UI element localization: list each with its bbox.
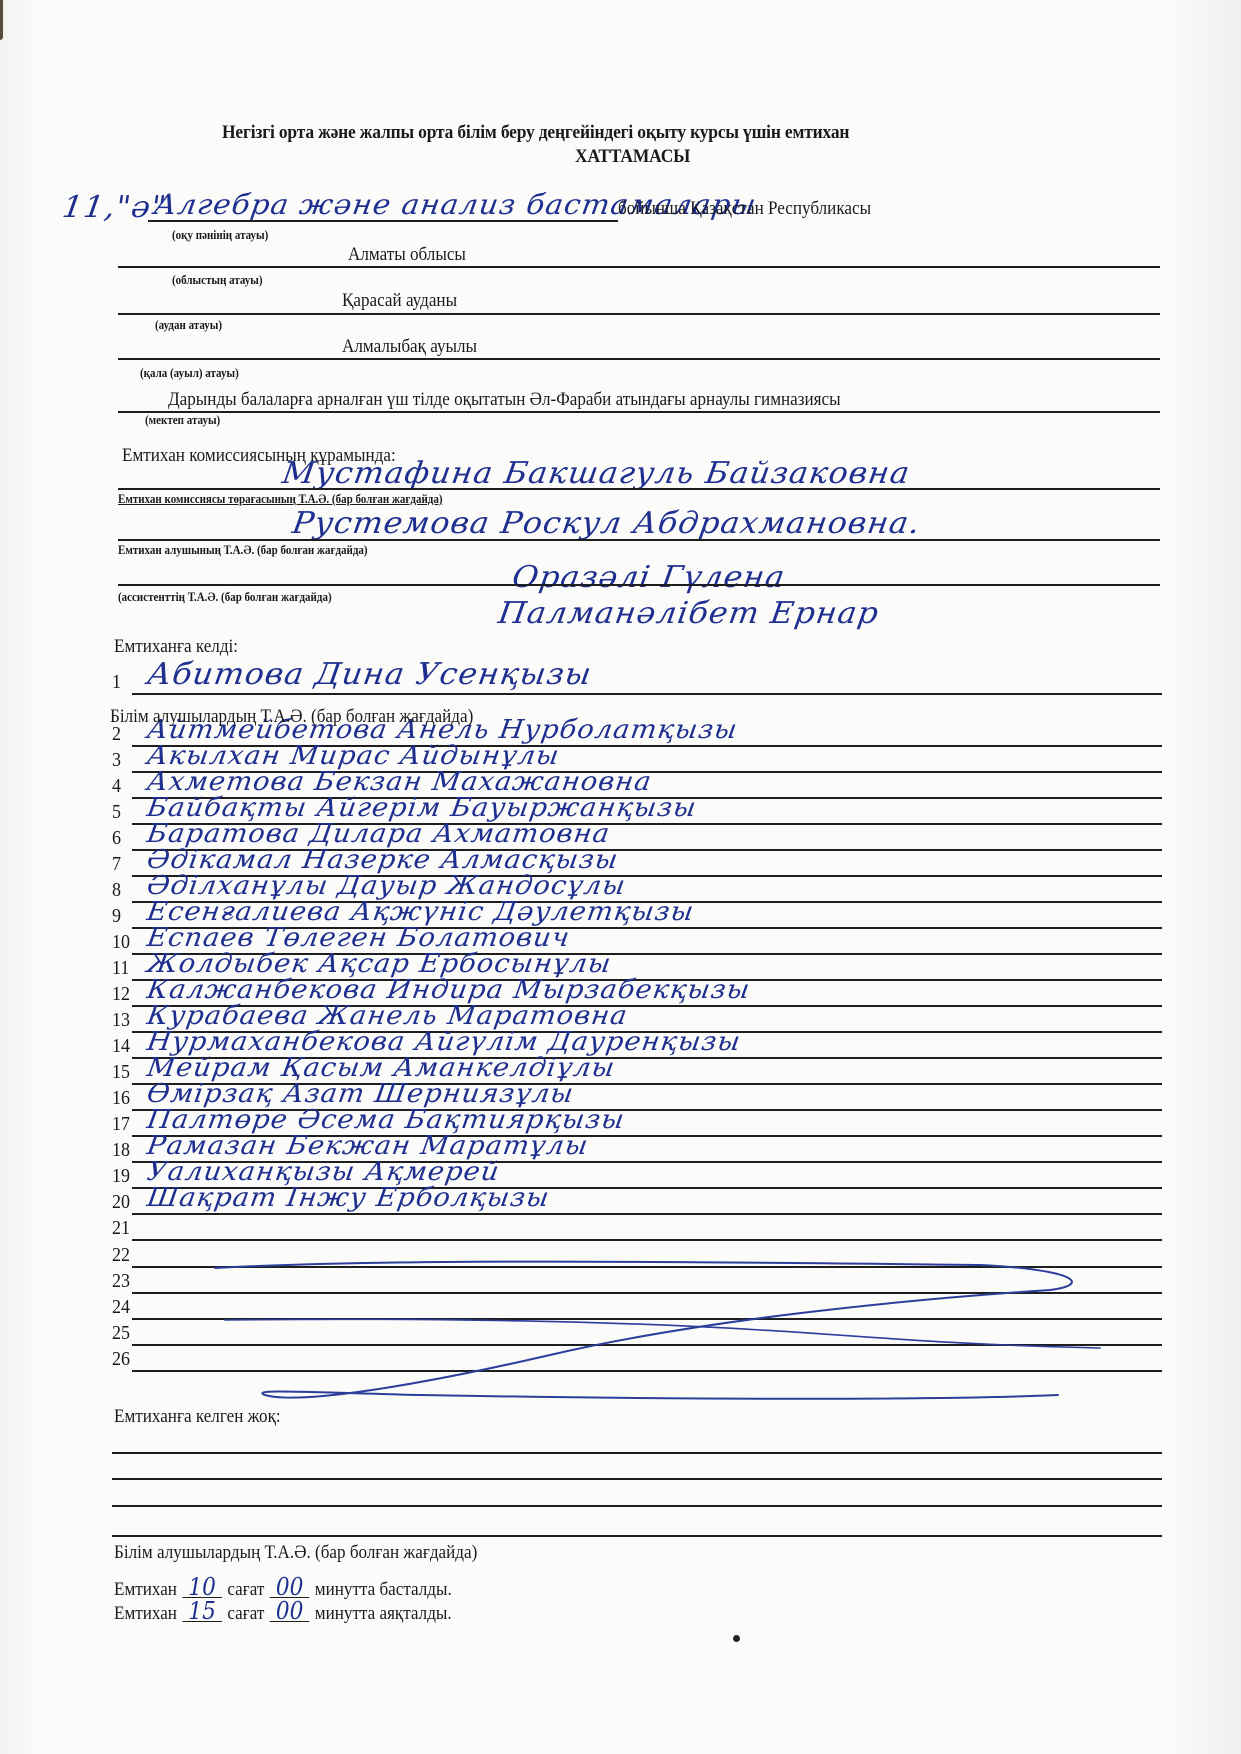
assistant-caption: (ассистенттің Т.А.Ә. (бар болған жағдайд… — [118, 590, 332, 605]
chair-line — [118, 488, 1160, 490]
region-line — [118, 266, 1160, 268]
absent-line-4[interactable] — [112, 1535, 1162, 1537]
school-caption: (мектеп атауы) — [145, 413, 220, 428]
student-number: 24 — [112, 1296, 130, 1319]
start-hour[interactable]: 10 — [182, 1577, 222, 1598]
examiner-caption: Емтихан алушының Т.А.Ә. (бар болған жағд… — [118, 543, 368, 558]
school-value[interactable]: Дарынды балаларға арналған үш тілде оқыт… — [168, 389, 841, 411]
attended-heading: Емтиханға келді: — [114, 636, 238, 658]
locality-line — [118, 358, 1160, 360]
district-value[interactable]: Қарасай ауданы — [342, 290, 457, 312]
district-caption: (аудан атауы) — [155, 318, 222, 333]
chair-caption: Емтихан комиссиясы төрағасының Т.А.Ә. (б… — [118, 492, 443, 507]
region-value[interactable]: Алматы облысы — [348, 244, 466, 266]
student-number: 11 — [112, 957, 129, 980]
end-suffix: минутта аяқталды. — [315, 1603, 452, 1624]
start-prefix: Емтихан — [114, 1579, 177, 1600]
student-row-line[interactable] — [132, 693, 1162, 695]
school-line — [118, 411, 1160, 413]
student-row-line[interactable] — [132, 1344, 1162, 1346]
student-number: 26 — [112, 1348, 130, 1371]
ink-dot — [733, 1635, 740, 1642]
students-caption: Білім алушылардың Т.А.Ә. (бар болған жағ… — [110, 706, 473, 728]
student-number: 4 — [112, 775, 121, 798]
student-row-line[interactable] — [132, 1213, 1162, 1215]
examiner-name[interactable]: Рустемова Роскул Абдрахмановна. — [290, 506, 923, 541]
document-title: Негізгі орта және жалпы орта білім беру … — [222, 122, 849, 144]
subject-suffix: бойынша Қазақстан Республикасы — [618, 198, 871, 220]
student-row-line[interactable] — [132, 1266, 1162, 1268]
start-minute[interactable]: 00 — [270, 1577, 310, 1598]
chair-name[interactable]: Мустафина Бакшагуль Байзаковна — [280, 456, 913, 491]
student-number: 20 — [112, 1191, 130, 1214]
student-number: 1 — [112, 671, 121, 694]
page-edge — [0, 0, 3, 40]
student-number: 15 — [112, 1061, 130, 1084]
end-mid: сағат — [227, 1603, 264, 1624]
student-number: 8 — [112, 879, 121, 902]
student-number: 22 — [112, 1244, 130, 1267]
student-number: 19 — [112, 1165, 130, 1188]
student-number: 14 — [112, 1035, 130, 1058]
subject-caption: (оқу пәнінің атауы) — [172, 228, 268, 243]
student-number: 13 — [112, 1009, 130, 1032]
locality-caption: (қала (ауыл) атауы) — [140, 366, 239, 381]
absent-line-2[interactable] — [112, 1478, 1162, 1480]
start-suffix: минутта басталды. — [315, 1579, 452, 1600]
student-number: 10 — [112, 931, 130, 954]
student-row-line[interactable] — [132, 1370, 1162, 1372]
end-hour[interactable]: 15 — [182, 1601, 222, 1622]
absent-caption: Білім алушылардың Т.А.Ә. (бар болған жағ… — [114, 1542, 477, 1564]
examiner-line — [118, 539, 1160, 541]
student-number: 17 — [112, 1113, 130, 1136]
student-number: 25 — [112, 1322, 130, 1345]
student-row-line[interactable] — [132, 1239, 1162, 1241]
region-caption: (облыстың атауы) — [172, 273, 263, 288]
student-number: 7 — [112, 853, 121, 876]
student-row-line[interactable] — [132, 1318, 1162, 1320]
start-mid: сағат — [227, 1579, 264, 1600]
absent-line-3[interactable] — [112, 1505, 1162, 1507]
student-number: 16 — [112, 1087, 130, 1110]
student-number: 21 — [112, 1217, 130, 1240]
student-name[interactable]: Шақрат Інжу Ерболқызы — [145, 1183, 552, 1213]
end-minute[interactable]: 00 — [270, 1601, 310, 1622]
end-time-line: Емтихан15сағат00минутта аяқталды. — [114, 1601, 452, 1625]
student-number: 18 — [112, 1139, 130, 1162]
student-name[interactable]: Абитова Дина Усенқызы — [145, 657, 594, 692]
student-number: 6 — [112, 827, 121, 850]
end-prefix: Емтихан — [114, 1603, 177, 1624]
district-line — [118, 313, 1160, 315]
document-title-protocol: ХАТТАМАСЫ — [575, 146, 690, 168]
absent-line-1[interactable] — [112, 1452, 1162, 1454]
assistant-name-2[interactable]: Палманәлібет Ернар — [496, 596, 881, 631]
assistant-line — [118, 584, 1160, 586]
student-row-line[interactable] — [132, 1292, 1162, 1294]
student-number: 12 — [112, 983, 130, 1006]
student-number: 23 — [112, 1270, 130, 1293]
student-number: 3 — [112, 749, 121, 772]
student-number: 5 — [112, 801, 121, 824]
student-number: 9 — [112, 905, 121, 928]
locality-value[interactable]: Алмалыбақ ауылы — [342, 336, 477, 358]
absent-heading: Емтиханға келген жоқ: — [114, 1406, 281, 1428]
assistant-name-1[interactable]: Оразәлі Гүлена — [510, 560, 788, 595]
